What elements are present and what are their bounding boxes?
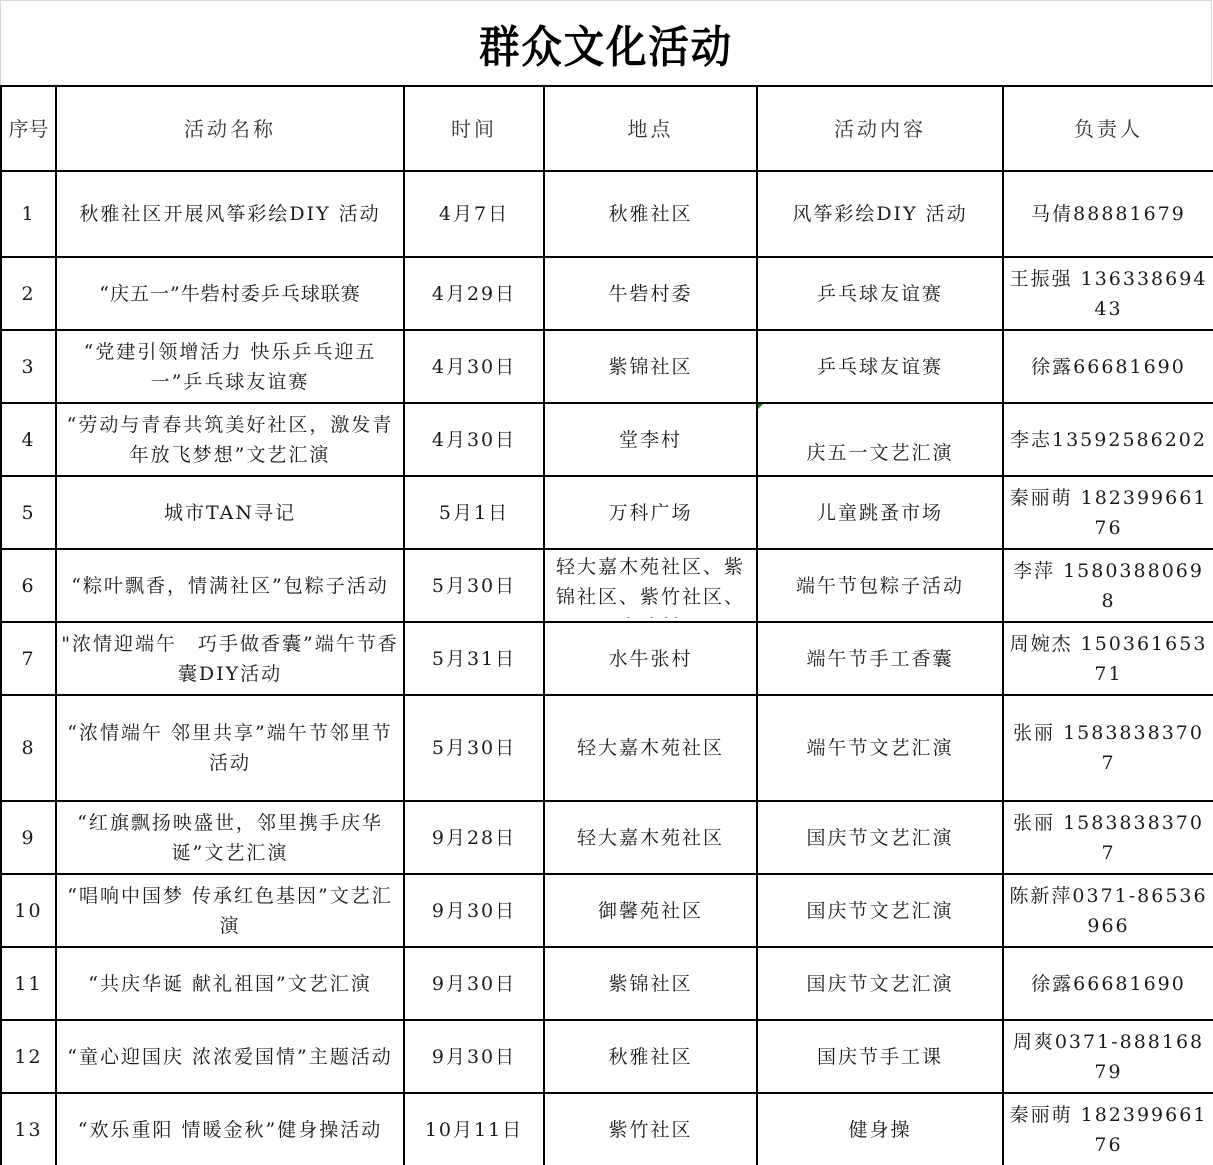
cell-index[interactable]: 6 [1, 549, 56, 622]
header-content[interactable]: 活动内容 [757, 86, 1003, 171]
cell-contact[interactable]: 陈新萍0371-86536966 [1003, 874, 1213, 947]
cell-location[interactable]: 紫竹社区 [544, 1093, 757, 1165]
cell-name[interactable]: “劳动与青春共筑美好社区，激发青年放飞梦想”文艺汇演 [56, 403, 404, 476]
cell-time[interactable]: 4月30日 [404, 330, 544, 403]
cell-location[interactable]: 紫锦社区 [544, 330, 757, 403]
cell-time[interactable]: 9月30日 [404, 1020, 544, 1093]
cell-index[interactable]: 5 [1, 476, 56, 549]
cell-index[interactable]: 7 [1, 622, 56, 695]
cell-content[interactable]: 健身操 [757, 1093, 1003, 1165]
cell-content[interactable]: 风筝彩绘DIY 活动 [757, 171, 1003, 257]
cell-time[interactable]: 9月30日 [404, 947, 544, 1020]
table-row: 6 “粽叶飘香，情满社区”包粽子活动 5月30日 轻大嘉木苑社区、紫锦社区、紫竹… [1, 549, 1213, 622]
cell-location-text: 轻大嘉木苑社区、紫锦社区、紫竹社区、索陈村 [549, 552, 752, 618]
cell-index[interactable]: 3 [1, 330, 56, 403]
cell-content[interactable]: 乒乓球友谊赛 [757, 257, 1003, 330]
cell-content[interactable]: 庆五一文艺汇演 [757, 403, 1003, 476]
cell-location[interactable]: 紫锦社区 [544, 947, 757, 1020]
cell-contact[interactable]: 李志13592586202 [1003, 403, 1213, 476]
cell-time[interactable]: 9月30日 [404, 874, 544, 947]
table-row: 4 “劳动与青春共筑美好社区，激发青年放飞梦想”文艺汇演 4月30日 堂李村 庆… [1, 403, 1213, 476]
cell-index[interactable]: 2 [1, 257, 56, 330]
cell-index[interactable]: 13 [1, 1093, 56, 1165]
table-row: 1 秋雅社区开展风筝彩绘DIY 活动 4月7日 秋雅社区 风筝彩绘DIY 活动 … [1, 171, 1213, 257]
header-location[interactable]: 地点 [544, 86, 757, 171]
cell-name[interactable]: "浓情迎端午 巧手做香囊”端午节香囊DIY活动 [56, 622, 404, 695]
cell-index[interactable]: 11 [1, 947, 56, 1020]
table-row: 9 “红旗飘扬映盛世，邻里携手庆华诞”文艺汇演 9月28日 轻大嘉木苑社区 国庆… [1, 801, 1213, 874]
table-row: 13 “欢乐重阳 情暖金秋”健身操活动 10月11日 紫竹社区 健身操 秦丽萌 … [1, 1093, 1213, 1165]
cell-index[interactable]: 9 [1, 801, 56, 874]
cell-name[interactable]: “庆五一”牛砦村委乒乓球联赛 [56, 257, 404, 330]
cell-time[interactable]: 10月11日 [404, 1093, 544, 1165]
cell-contact[interactable]: 李萍 15803880698 [1003, 549, 1213, 622]
cell-location[interactable]: 轻大嘉木苑社区 [544, 801, 757, 874]
cell-time[interactable]: 5月30日 [404, 695, 544, 801]
cell-contact[interactable]: 马倩88881679 [1003, 171, 1213, 257]
cell-location[interactable]: 轻大嘉木苑社区 [544, 695, 757, 801]
table-row: 12 “童心迎国庆 浓浓爱国情”主题活动 9月30日 秋雅社区 国庆节手工课 周… [1, 1020, 1213, 1093]
cell-contact[interactable]: 秦丽萌 18239966176 [1003, 1093, 1213, 1165]
cell-name[interactable]: “红旗飘扬映盛世，邻里携手庆华诞”文艺汇演 [56, 801, 404, 874]
cell-contact[interactable]: 周婉杰 15036165371 [1003, 622, 1213, 695]
cell-location[interactable]: 御馨苑社区 [544, 874, 757, 947]
cell-contact[interactable]: 徐露66681690 [1003, 947, 1213, 1020]
cell-content[interactable]: 端午节包粽子活动 [757, 549, 1003, 622]
cell-index[interactable]: 4 [1, 403, 56, 476]
cell-name[interactable]: “共庆华诞 献礼祖国”文艺汇演 [56, 947, 404, 1020]
cell-name[interactable]: 秋雅社区开展风筝彩绘DIY 活动 [56, 171, 404, 257]
cell-contact[interactable]: 周爽0371-88816879 [1003, 1020, 1213, 1093]
header-row: 序号 活动名称 时间 地点 活动内容 负责人 [1, 86, 1213, 171]
sheet-title: 群众文化活动 [479, 11, 733, 75]
cell-name[interactable]: “浓情端午 邻里共享”端午节邻里节活动 [56, 695, 404, 801]
title-row: 群众文化活动 [0, 0, 1212, 85]
table-row: 3 “党建引领增活力 快乐乒乓迎五一”乒乓球友谊赛 4月30日 紫锦社区 乒乓球… [1, 330, 1213, 403]
cell-location[interactable]: 轻大嘉木苑社区、紫锦社区、紫竹社区、索陈村 [544, 549, 757, 622]
cell-time[interactable]: 4月30日 [404, 403, 544, 476]
cell-content[interactable]: 国庆节文艺汇演 [757, 801, 1003, 874]
cell-location[interactable]: 秋雅社区 [544, 171, 757, 257]
cell-content[interactable]: 乒乓球友谊赛 [757, 330, 1003, 403]
header-name[interactable]: 活动名称 [56, 86, 404, 171]
cell-contact[interactable]: 张丽 15838383707 [1003, 695, 1213, 801]
cell-name[interactable]: “唱响中国梦 传承红色基因”文艺汇演 [56, 874, 404, 947]
cell-index[interactable]: 10 [1, 874, 56, 947]
cell-index[interactable]: 8 [1, 695, 56, 801]
cell-content[interactable]: 儿童跳蚤市场 [757, 476, 1003, 549]
cell-name[interactable]: “欢乐重阳 情暖金秋”健身操活动 [56, 1093, 404, 1165]
header-index[interactable]: 序号 [1, 86, 56, 171]
cell-contact[interactable]: 王振强 13633869443 [1003, 257, 1213, 330]
cell-location[interactable]: 牛砦村委 [544, 257, 757, 330]
cell-name[interactable]: “粽叶飘香，情满社区”包粽子活动 [56, 549, 404, 622]
cell-content[interactable]: 国庆节手工课 [757, 1020, 1003, 1093]
cell-content[interactable]: 国庆节文艺汇演 [757, 874, 1003, 947]
cell-time[interactable]: 4月7日 [404, 171, 544, 257]
cell-contact[interactable]: 秦丽萌 18239966176 [1003, 476, 1213, 549]
table-row: 7 "浓情迎端午 巧手做香囊”端午节香囊DIY活动 5月31日 水牛张村 端午节… [1, 622, 1213, 695]
cell-content[interactable]: 国庆节文艺汇演 [757, 947, 1003, 1020]
cell-time[interactable]: 5月1日 [404, 476, 544, 549]
header-time[interactable]: 时间 [404, 86, 544, 171]
cell-location[interactable]: 秋雅社区 [544, 1020, 757, 1093]
cell-index[interactable]: 1 [1, 171, 56, 257]
table-row: 10 “唱响中国梦 传承红色基因”文艺汇演 9月30日 御馨苑社区 国庆节文艺汇… [1, 874, 1213, 947]
header-contact[interactable]: 负责人 [1003, 86, 1213, 171]
cell-content[interactable]: 端午节手工香囊 [757, 622, 1003, 695]
table-row: 5 城市TAN寻记 5月1日 万科广场 儿童跳蚤市场 秦丽萌 182399661… [1, 476, 1213, 549]
cell-location[interactable]: 堂李村 [544, 403, 757, 476]
cell-time[interactable]: 9月28日 [404, 801, 544, 874]
cell-location[interactable]: 水牛张村 [544, 622, 757, 695]
cell-time[interactable]: 5月30日 [404, 549, 544, 622]
table-row: 8 “浓情端午 邻里共享”端午节邻里节活动 5月30日 轻大嘉木苑社区 端午节文… [1, 695, 1213, 801]
cell-contact[interactable]: 徐露66681690 [1003, 330, 1213, 403]
cell-contact[interactable]: 张丽 15838383707 [1003, 801, 1213, 874]
cell-index[interactable]: 12 [1, 1020, 56, 1093]
table-row: 11 “共庆华诞 献礼祖国”文艺汇演 9月30日 紫锦社区 国庆节文艺汇演 徐露… [1, 947, 1213, 1020]
cell-time[interactable]: 4月29日 [404, 257, 544, 330]
cell-content[interactable]: 端午节文艺汇演 [757, 695, 1003, 801]
cell-name[interactable]: 城市TAN寻记 [56, 476, 404, 549]
cell-time[interactable]: 5月31日 [404, 622, 544, 695]
cell-name[interactable]: “童心迎国庆 浓浓爱国情”主题活动 [56, 1020, 404, 1093]
table-row: 2 “庆五一”牛砦村委乒乓球联赛 4月29日 牛砦村委 乒乓球友谊赛 王振强 1… [1, 257, 1213, 330]
cell-name[interactable]: “党建引领增活力 快乐乒乓迎五一”乒乓球友谊赛 [56, 330, 404, 403]
activities-table: 序号 活动名称 时间 地点 活动内容 负责人 1 秋雅社区开展风筝彩绘DIY 活… [0, 85, 1213, 1165]
cell-location[interactable]: 万科广场 [544, 476, 757, 549]
